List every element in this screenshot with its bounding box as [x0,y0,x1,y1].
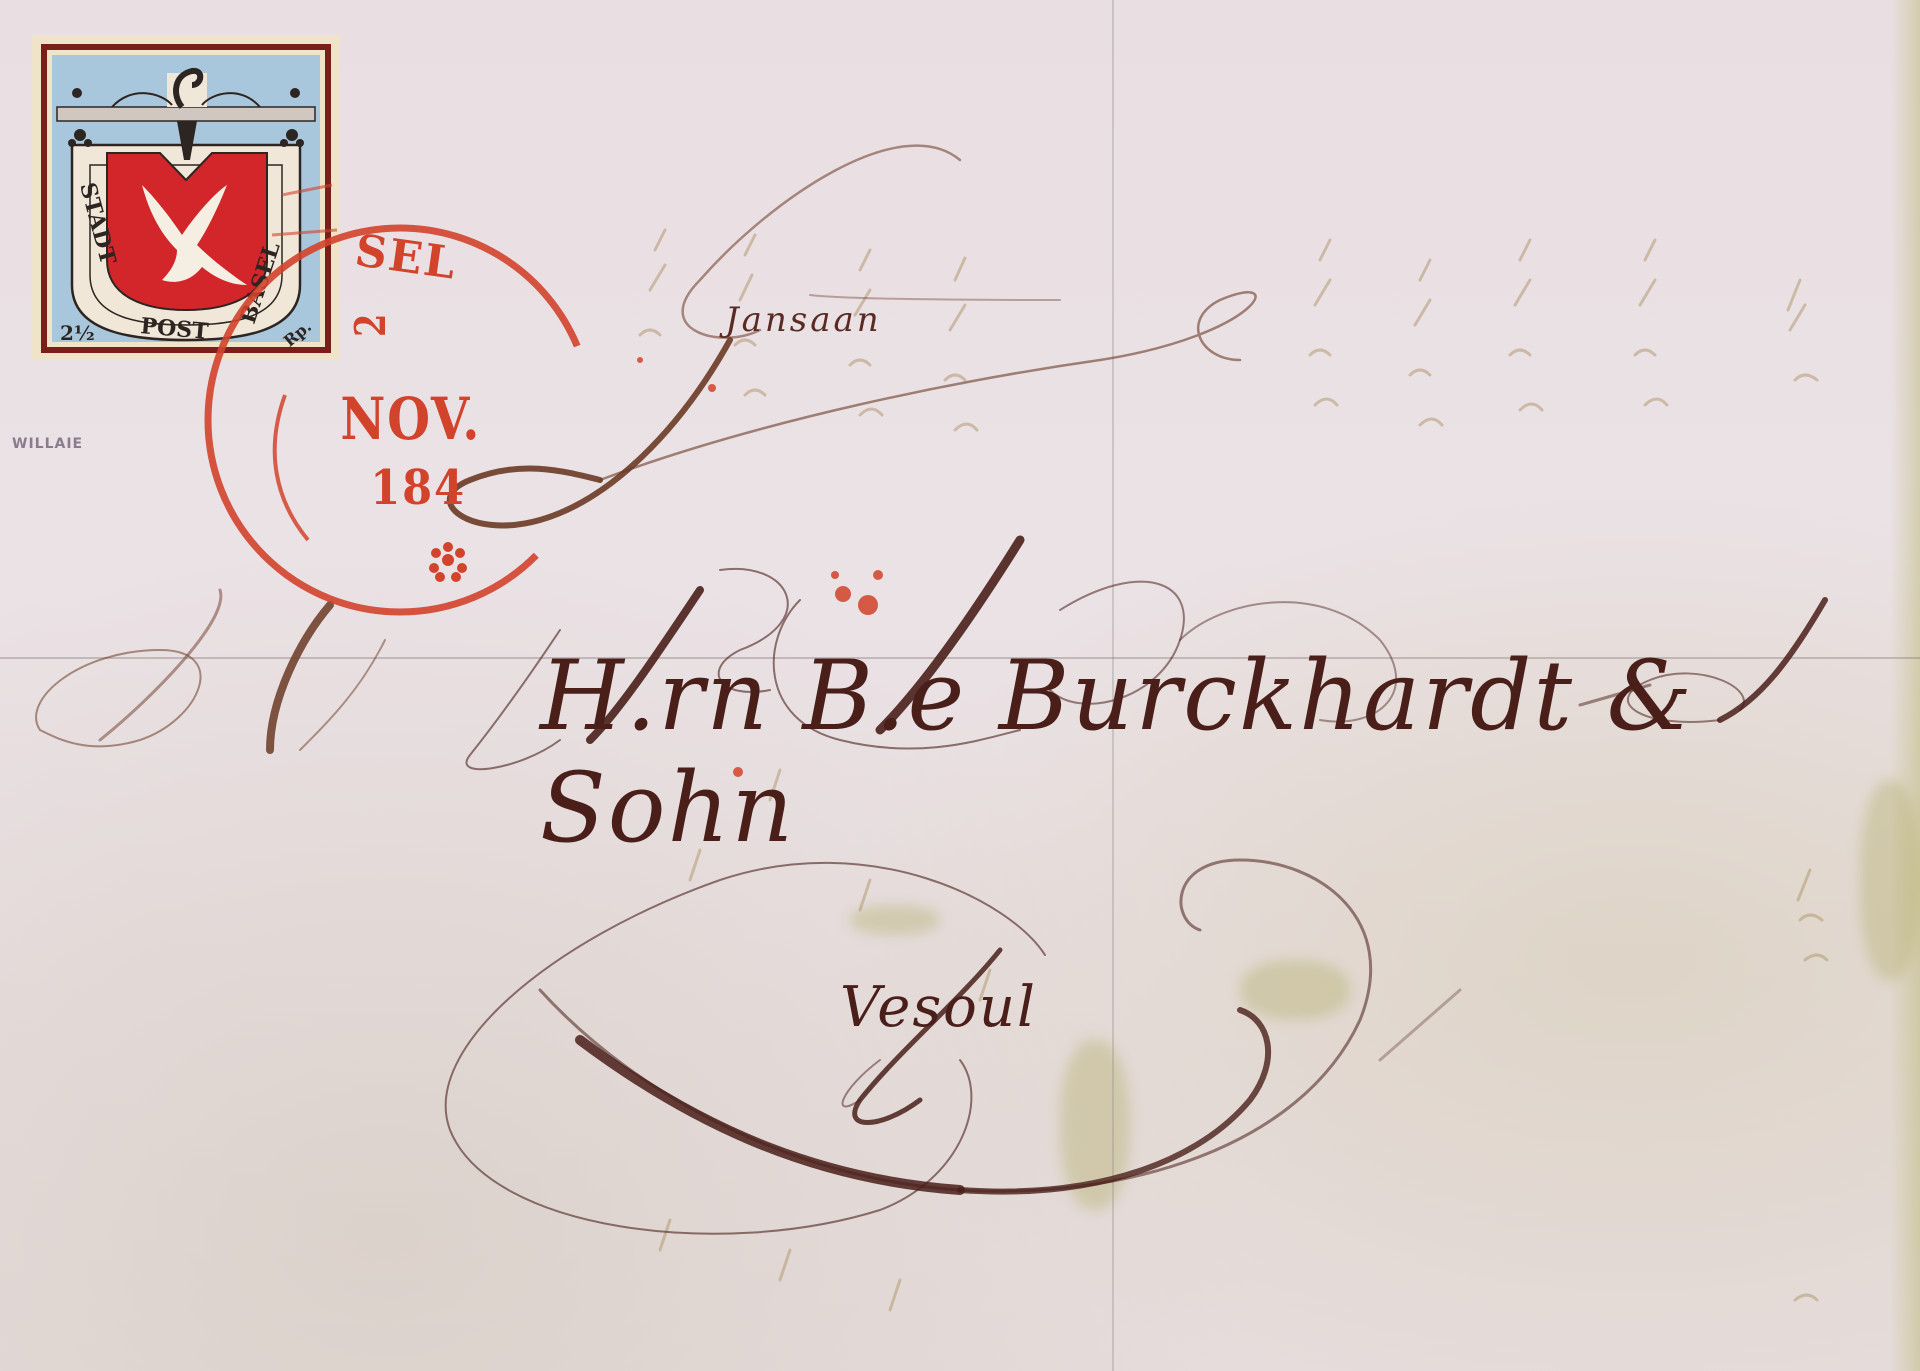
stamp-value-numeral: 2½ [60,321,95,345]
postmark-year: 184 [370,460,466,516]
postmark-day: 2 [346,312,395,337]
sender-handstamp: WILLAIE [12,436,83,452]
address-salutation: Jansaan [725,300,882,340]
address-recipient: H.rn B.e Burckhardt & Sohn [540,640,1920,864]
postmark-month: NOV. [340,385,481,453]
rosette-icon [429,542,467,582]
address-city: Vesoul [840,975,1037,1040]
letter-cover: STADT POST BASEL 2½ Rp. SEL 2 NOV. 184 W… [0,0,1920,1371]
